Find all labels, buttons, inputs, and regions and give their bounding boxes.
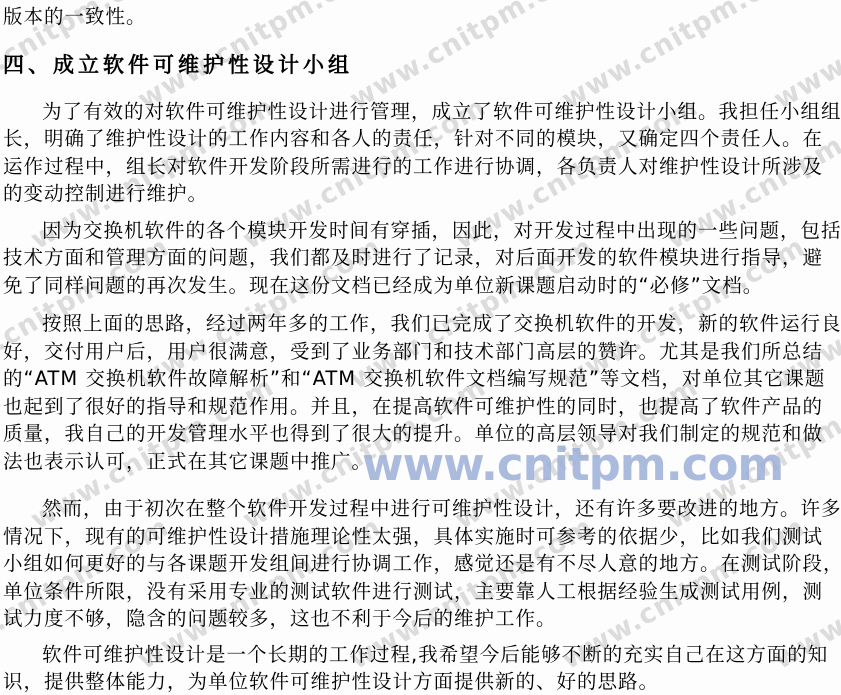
body-line: 运作过程中，组长对软件开发阶段所需进行的工作进行协调，各负责人对维护性设计所涉及 — [3, 153, 841, 181]
body-line: 然而，由于初次在整个软件开发过程中进行可维护性设计，还有许多要改进的地方。许多 — [3, 495, 841, 523]
paragraph: 然而，由于初次在整个软件开发过程中进行可维护性设计，还有许多要改进的地方。许多 … — [3, 495, 841, 633]
document-page: www.cnitpm.comwww.cnitpm.comwww.cnitpm.c… — [0, 0, 841, 695]
document-text: 版本的一致性。 四、成立软件可维护性设计小组 为了有效的对软件可维护性设计进行管… — [0, 3, 841, 695]
body-line: 的“ATM 交换机软件故障解析”和“ATM 交换机软件文档编写规范”等文档，对单… — [3, 365, 841, 393]
body-line: 长，明确了维护性设计的工作内容和各人的责任，针对不同的模块，又确定四个责任人。在 — [3, 125, 841, 153]
body-line: 因为交换机软件的各个模块开发时间有穿插，因此，对开发过程中出现的一些问题，包括 — [3, 217, 841, 245]
body-line: 免了同样问题的再次发生。现在这份文档已经成为单位新课题启动时的“必修”文档。 — [3, 272, 841, 300]
paragraph: 软件可维护性设计是一个长期的工作过程,我希望今后能够不断的充实自己在这方面的知 … — [3, 641, 841, 695]
body-line: 技术方面和管理方面的问题，我们都及时进行了记录，对后面开发的软件模块进行指导，避 — [3, 244, 841, 272]
body-line: 情况下，现有的可维护性设计措施理论性太强，具体实施时可参考的依据少，比如我们测试 — [3, 523, 841, 551]
body-line: 小组如何更好的与各课题开发组间进行协调工作，感觉还是有不尽人意的地方。在测试阶段… — [3, 550, 841, 578]
body-line: 为了有效的对软件可维护性设计进行管理，成立了软件可维护性设计小组。我担任小组组 — [3, 98, 841, 126]
paragraph: 因为交换机软件的各个模块开发时间有穿插，因此，对开发过程中出现的一些问题，包括 … — [3, 217, 841, 300]
body-line: 的变动控制进行维护。 — [3, 180, 841, 208]
body-line: 也起到了很好的指导和规范作用。并且，在提高软件可维护性的同时，也提高了软件产品的 — [3, 393, 841, 421]
body-line: 按照上面的思路，经过两年多的工作，我们已完成了交换机软件的开发，新的软件运行良 — [3, 310, 841, 338]
body-line: 法也表示认可，正式在其它课题中推广。 — [3, 448, 841, 476]
body-line: 试力度不够，隐含的问题较多，这也不利于今后的维护工作。 — [3, 605, 841, 633]
body-line: 单位条件所限，没有采用专业的测试软件进行测试，主要靠人工根据经验生成测试用例，测 — [3, 578, 841, 606]
body-line: 识，提供整体能力，为单位软件可维护性设计方面提供新的、好的思路。 — [3, 668, 841, 695]
body-line: 软件可维护性设计是一个长期的工作过程,我希望今后能够不断的充实自己在这方面的知 — [3, 641, 841, 669]
section-heading: 四、成立软件可维护性设计小组 — [3, 51, 841, 79]
body-line: 质量，我自己的开发管理水平也得到了很大的提升。单位的高层领导对我们制定的规范和做 — [3, 420, 841, 448]
paragraph: 为了有效的对软件可维护性设计进行管理，成立了软件可维护性设计小组。我担任小组组 … — [3, 98, 841, 208]
body-line: 好，交付用户后，用户很满意，受到了业务部门和技术部门高层的赞许。尤其是我们所总结 — [3, 338, 841, 366]
paragraph: 按照上面的思路，经过两年多的工作，我们已完成了交换机软件的开发，新的软件运行良 … — [3, 310, 841, 475]
intro-line: 版本的一致性。 — [3, 3, 841, 31]
